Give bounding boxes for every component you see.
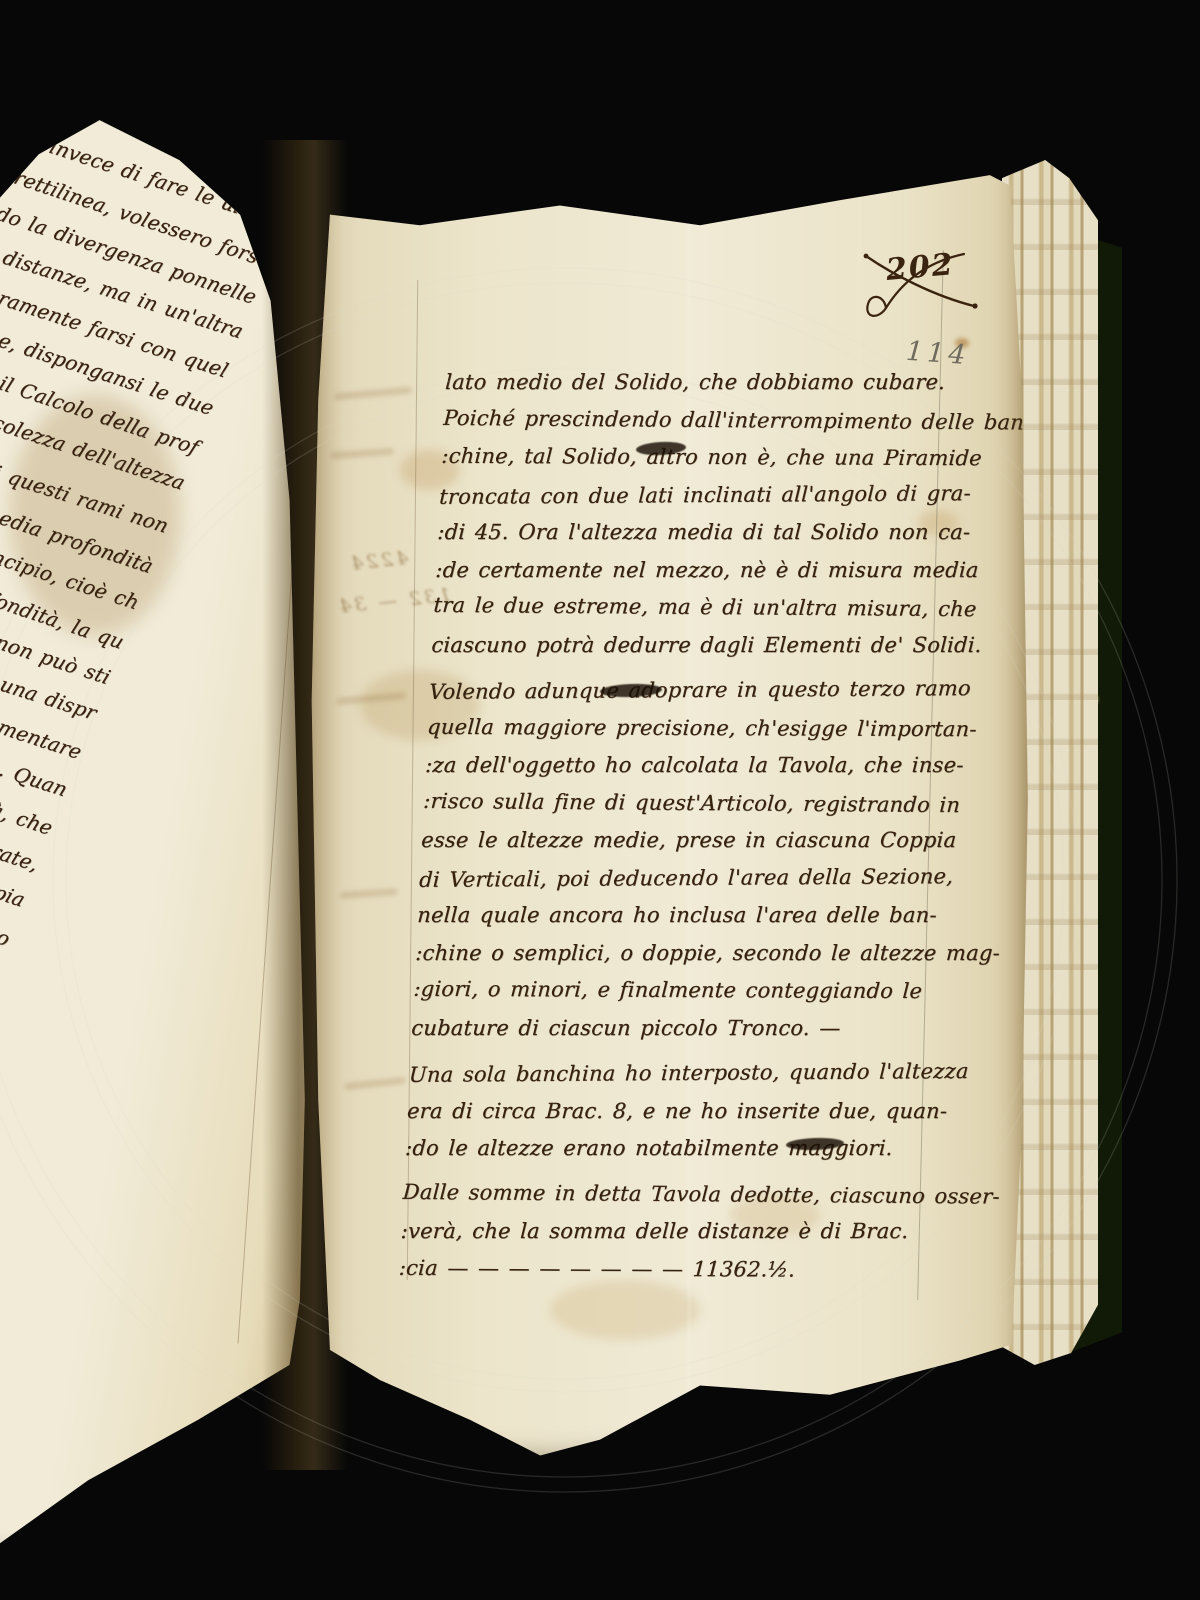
left-page-text-block: E se invece di fare le ultimeera rettili… — [0, 28, 292, 1265]
manuscript-photo: E se invece di fare le ultimeera rettili… — [0, 0, 1200, 1600]
manuscript-line: :chine, tal Solido, altro non è, che una… — [440, 438, 982, 478]
manuscript-line: nella quale ancora ho inclusa l'area del… — [416, 897, 958, 935]
manuscript-line: Volendo adunque adoprare in questo terzo… — [428, 670, 970, 711]
paper-stain — [550, 1280, 700, 1340]
manuscript-line: :de certamente nel mezzo, nè è di misura… — [434, 552, 976, 590]
manuscript-line: di Verticali, poi deducendo l'area della… — [418, 858, 960, 899]
manuscript-line: :di 45. Ora l'altezza media di tal Solid… — [436, 514, 978, 552]
manuscript-line: era di circa Brac. 8, e ne ho inserite d… — [406, 1093, 948, 1131]
manuscript-line: Poiché prescindendo dall'interrompimento… — [442, 399, 984, 441]
ink-bleedthrough — [340, 888, 398, 899]
manuscript-line: ciascuno potrà dedurre dagli Elementi de… — [430, 627, 972, 665]
ink-bleedthrough — [336, 692, 406, 705]
manuscript-text-block: lato medio del Solido, che dobbiamo cuba… — [398, 364, 986, 1288]
manuscript-line: troncata con due lati inclinati all'ango… — [438, 475, 980, 516]
manuscript-line: cubature di ciascun piccolo Tronco. — — [410, 1010, 952, 1048]
manuscript-line: :do le altezze erano notabilmente maggio… — [404, 1130, 946, 1168]
manuscript-line: :za dell'oggetto ho calcolata la Tavola,… — [424, 747, 966, 785]
manuscript-line: :cia — — — — — — — — 11362.½. — [398, 1249, 940, 1289]
manuscript-line: :giori, o minori, e finalmente conteggia… — [412, 971, 954, 1011]
ink-bleedthrough — [334, 387, 412, 401]
ink-bleedthrough — [330, 448, 394, 459]
ink-page-number: 202 — [885, 247, 956, 288]
right-page: 4224 132 — 34 202 114 lato medio del Sol… — [300, 150, 1030, 1470]
manuscript-line: tra le due estreme, ma è di un'altra mis… — [432, 587, 974, 629]
manuscript-line: :verà, che la somma delle distanze è di … — [400, 1213, 942, 1251]
manuscript-line: esse le altezze medie, prese in ciascuna… — [420, 822, 962, 860]
ink-bleedthrough — [344, 1077, 406, 1090]
bleedthrough-figures: 4224 — [347, 547, 409, 575]
manuscript-line: lato medio del Solido, che dobbiamo cuba… — [444, 364, 986, 402]
manuscript-line: Dalle somme in detta Tavola dedotte, cia… — [402, 1173, 944, 1215]
manuscript-line: :risco sulla fine di quest'Articolo, reg… — [422, 782, 964, 824]
manuscript-line: :chine o semplici, o doppie, secondo le … — [414, 935, 956, 973]
manuscript-line: Una sola banchina ho interposto, quando … — [408, 1053, 950, 1094]
manuscript-line: quella maggiore precisione, ch'esigge l'… — [426, 708, 968, 748]
